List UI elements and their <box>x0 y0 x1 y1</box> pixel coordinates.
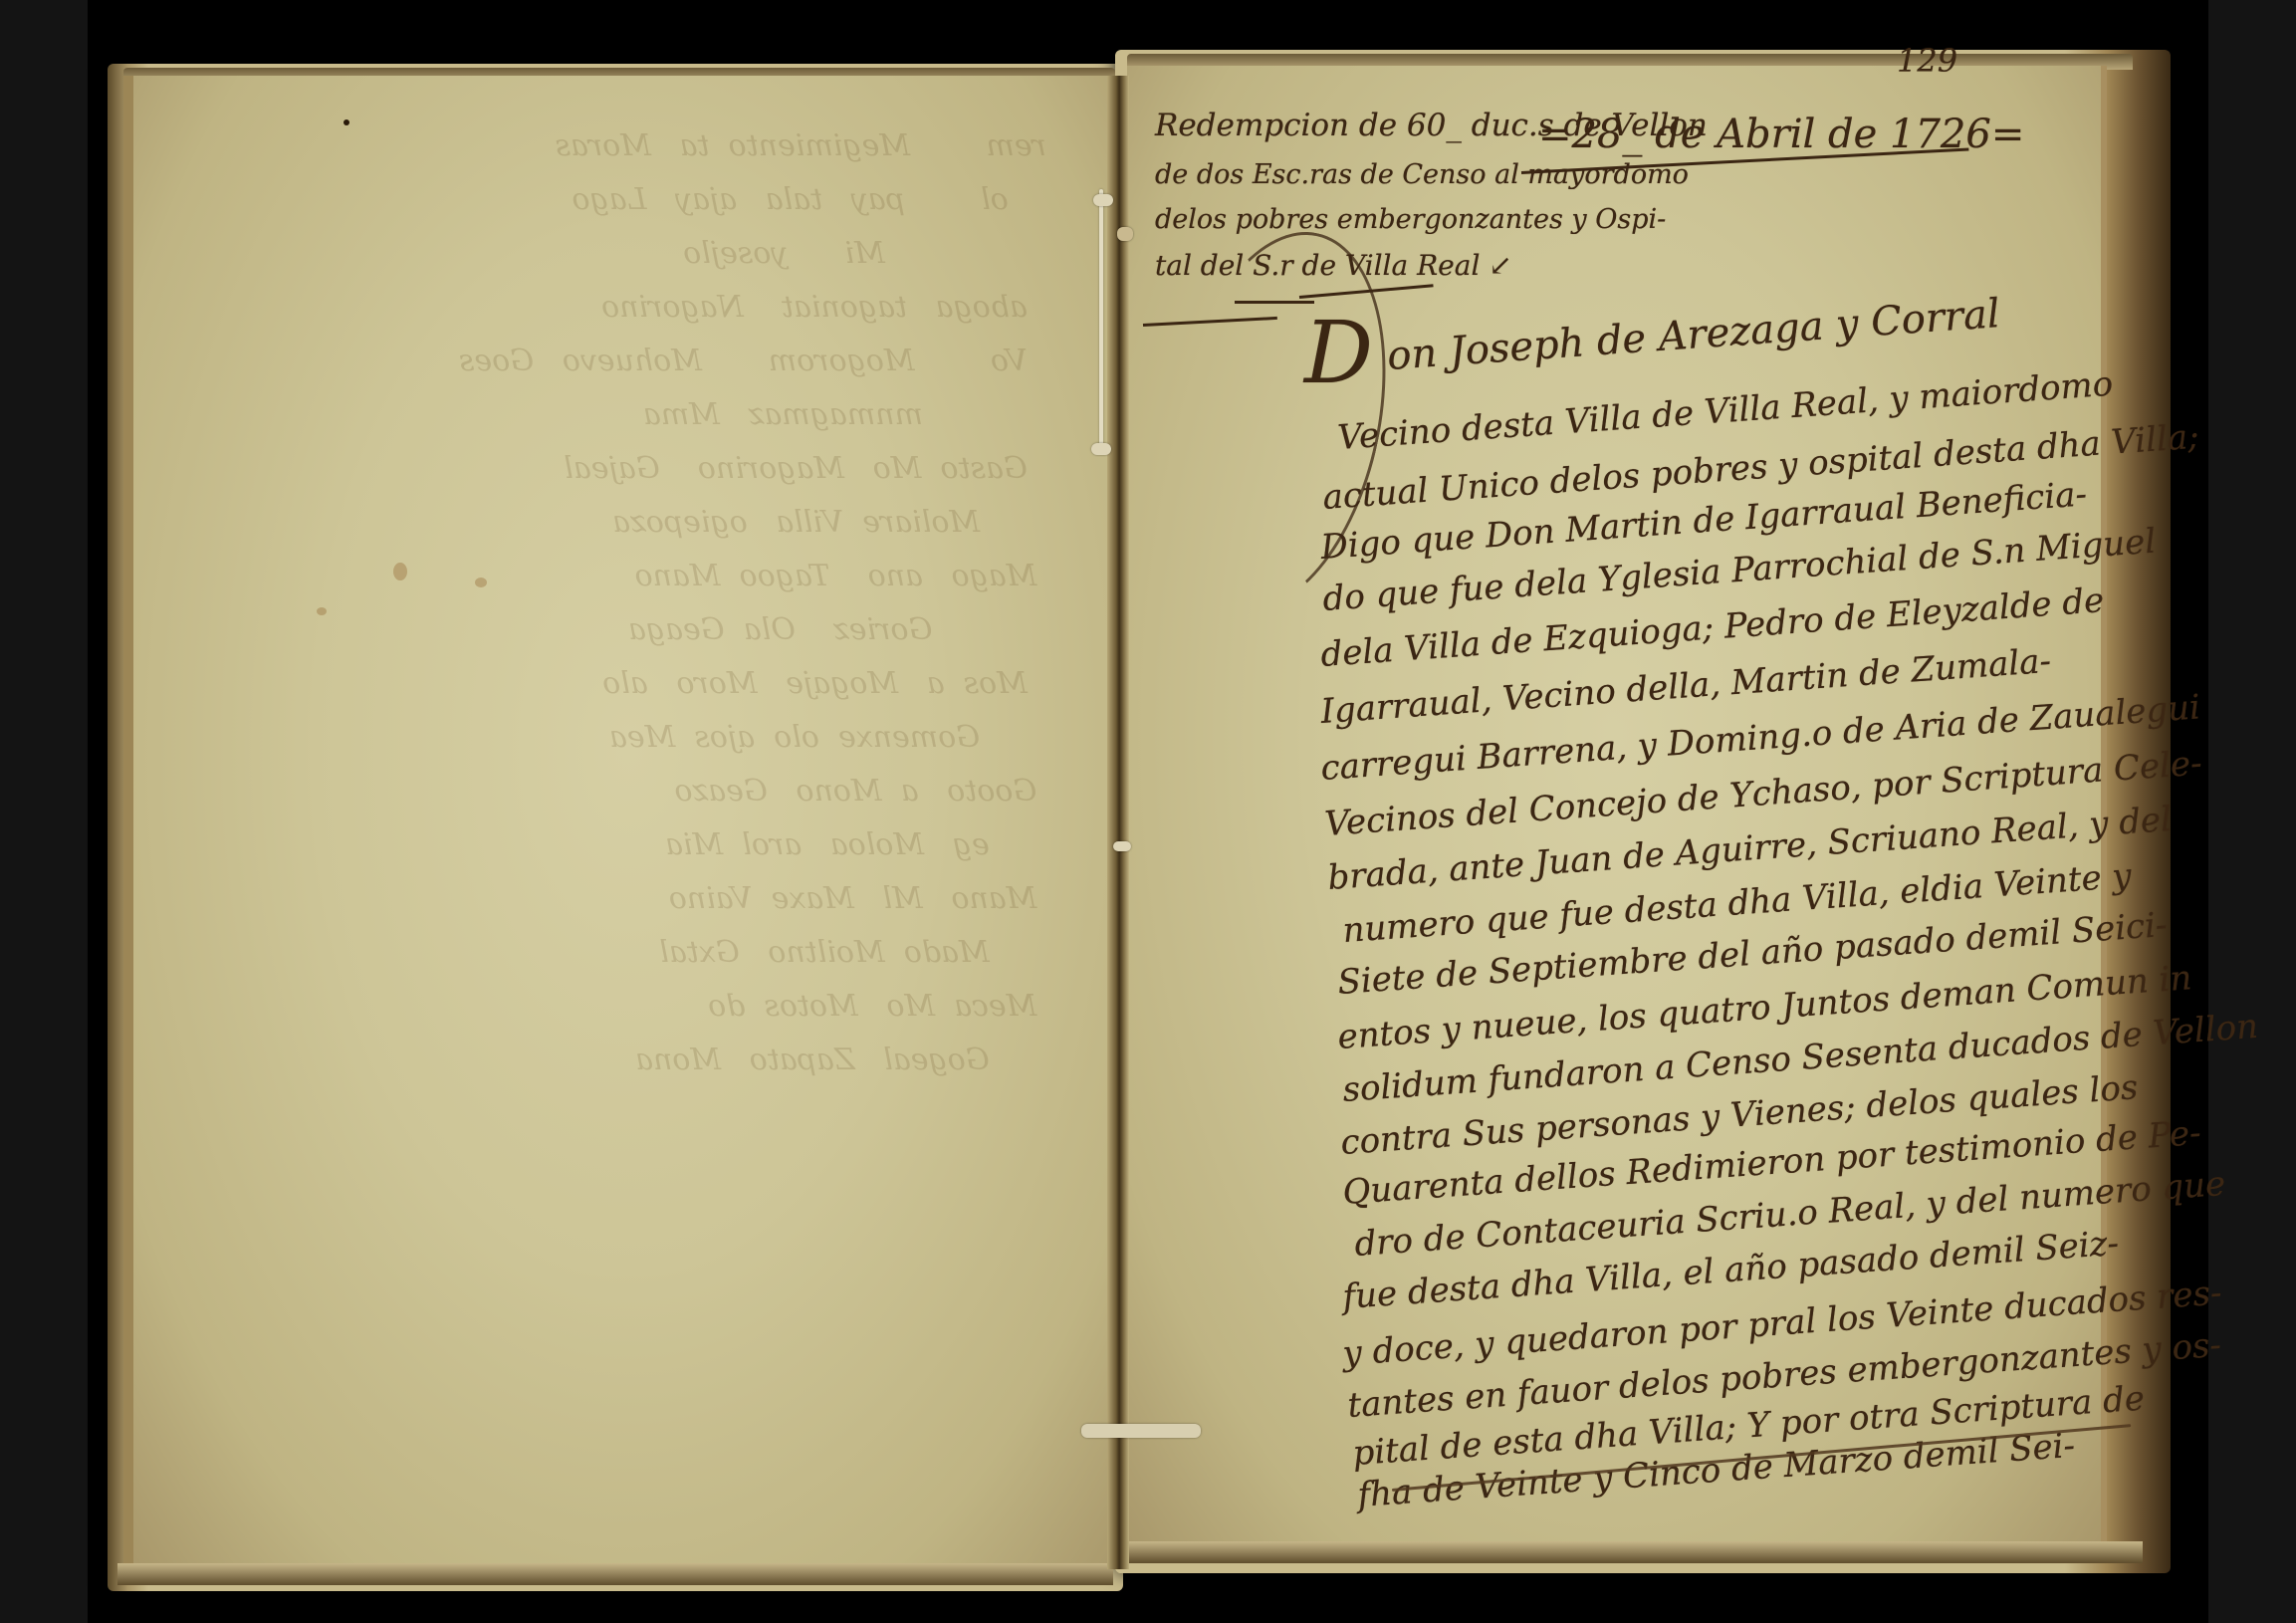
drop-cap: D <box>1304 304 1373 403</box>
folio-number: 129 <box>1897 42 1957 80</box>
binding-knot <box>1093 194 1113 206</box>
binding-knot <box>1081 1424 1201 1438</box>
binding-knot <box>1117 227 1133 241</box>
left-page-bleed-through: rem Megimiento ta Moras ol pay tala ajay… <box>169 119 1065 1414</box>
marginal-heading-line-3: delos pobres embergonzantes y Ospi- <box>1155 204 1666 235</box>
right-background-strip <box>2208 0 2296 1623</box>
book-gutter <box>1107 76 1129 1569</box>
right-page-bottom-edge <box>1127 1541 2143 1563</box>
ink-stain <box>393 563 407 580</box>
marginal-heading-line-2: de dos Esc.ras de Censo al mayordomo <box>1155 159 1689 190</box>
binding-thread <box>1099 189 1103 453</box>
left-background-strip <box>0 0 88 1623</box>
ink-stain <box>317 607 327 615</box>
binding-knot <box>1113 841 1131 851</box>
left-page-bottom-edge <box>117 1563 1113 1585</box>
ink-stain <box>475 578 487 587</box>
binding-knot <box>1091 443 1111 455</box>
ink-dot <box>344 119 349 125</box>
